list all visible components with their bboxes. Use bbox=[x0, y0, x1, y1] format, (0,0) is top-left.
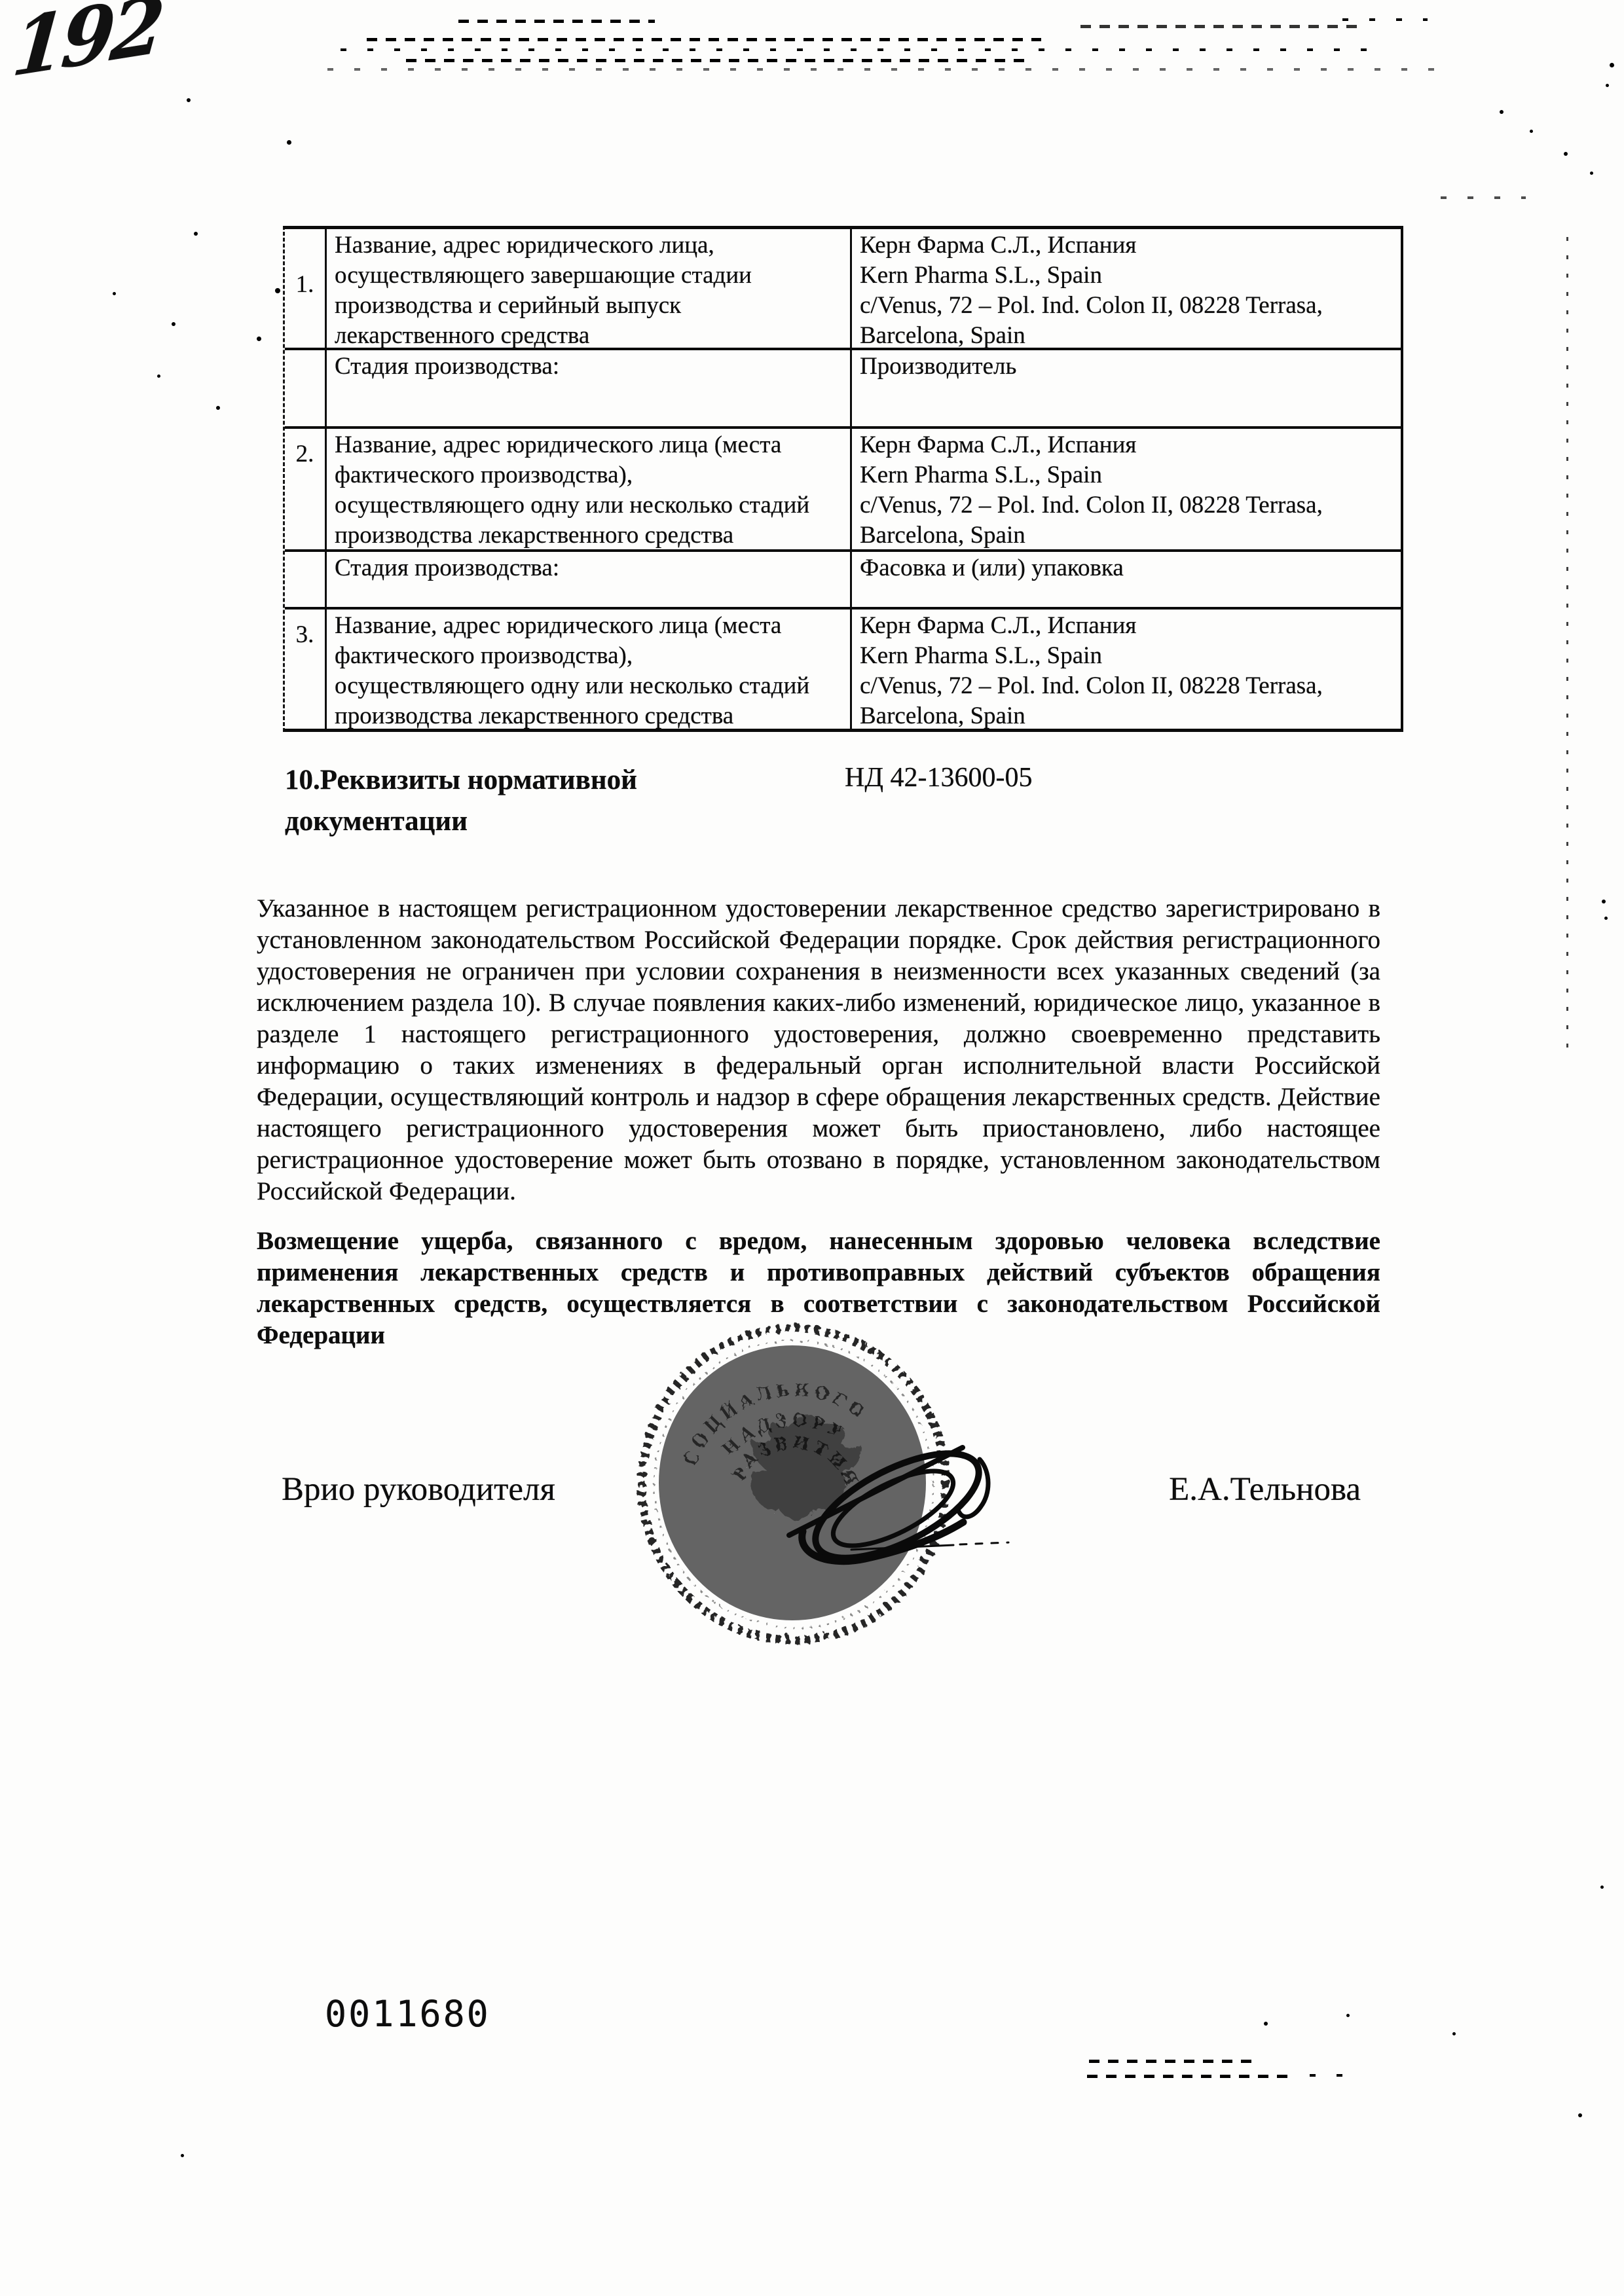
scan-noise-speck bbox=[157, 374, 160, 378]
attribute-label-cell: Название, адрес юридического лица, осуще… bbox=[327, 229, 852, 350]
scan-noise-line bbox=[406, 59, 1028, 62]
certificate-body-text: Указанное в настоящем регистрационном уд… bbox=[257, 893, 1380, 1351]
value-cell: Керн Фарма С.Л., Испания Kern Pharma S.L… bbox=[852, 229, 1401, 350]
handwritten-page-number: 192 bbox=[9, 0, 164, 95]
row-number-cell: 2. bbox=[285, 429, 327, 552]
registration-terms-paragraph: Указанное в настоящем регистрационном уд… bbox=[257, 893, 1380, 1207]
scan-noise-speck bbox=[1600, 1886, 1604, 1889]
scan-noise-dotted-column bbox=[1566, 223, 1568, 1048]
signer-name: Е.А.Тельнова bbox=[1169, 1470, 1361, 1508]
official-stamp: СОЦИАЛЬНОГО НАДЗОРУ РАЗВИТИЯ bbox=[616, 1319, 1061, 1673]
section-10-title: 10.Реквизиты нормативной документации bbox=[285, 759, 704, 842]
scan-noise-speck bbox=[1606, 84, 1609, 87]
scan-noise-speck bbox=[181, 2154, 184, 2157]
value-cell: Керн Фарма С.Л., Испания Kern Pharma S.L… bbox=[852, 610, 1401, 729]
normative-doc-number: НД 42-13600-05 bbox=[845, 762, 1032, 793]
scan-noise-speck bbox=[216, 406, 220, 410]
row-number-cell bbox=[285, 552, 327, 610]
row-number-cell bbox=[285, 350, 327, 429]
scan-noise-speck bbox=[1610, 63, 1614, 67]
attribute-label-cell: Стадия производства: bbox=[327, 552, 852, 610]
manufacturers-table: 1. Название, адрес юридического лица, ос… bbox=[283, 226, 1403, 732]
value-cell: Керн Фарма С.Л., Испания Kern Pharma S.L… bbox=[852, 429, 1401, 552]
certificate-serial-number: 0011680 bbox=[325, 1993, 490, 2035]
scan-noise-speck bbox=[172, 322, 175, 326]
scan-noise-line bbox=[458, 20, 655, 23]
scan-noise-line bbox=[1080, 25, 1362, 28]
scan-noise-speck bbox=[257, 337, 261, 341]
scan-noise-line bbox=[1310, 2074, 1356, 2077]
scan-noise-speck bbox=[1578, 2113, 1582, 2117]
scanned-certificate-page: { "page": { "handwritten_number": "192",… bbox=[0, 0, 1624, 2296]
scan-noise-speck bbox=[1500, 110, 1504, 114]
signer-position-label: Врио руководителя bbox=[282, 1470, 555, 1508]
attribute-label-cell: Стадия производства: bbox=[327, 350, 852, 429]
scan-noise-speck bbox=[1264, 2022, 1268, 2026]
row-number-cell: 3. bbox=[285, 610, 327, 729]
attribute-label-cell: Название, адрес юридического лица (места… bbox=[327, 429, 852, 552]
scan-noise-line bbox=[1342, 18, 1428, 21]
scan-noise-speck bbox=[287, 140, 291, 145]
scan-noise-line bbox=[341, 48, 1369, 51]
scan-noise-speck bbox=[194, 232, 198, 236]
scan-noise-line bbox=[367, 38, 1041, 41]
row-number-cell: 1. bbox=[285, 229, 327, 350]
scan-noise-speck bbox=[187, 98, 191, 102]
scan-noise-speck bbox=[1590, 172, 1593, 175]
scan-noise-line bbox=[1089, 2060, 1253, 2063]
scan-noise-line bbox=[327, 68, 1454, 71]
value-cell: Производитель bbox=[852, 350, 1401, 429]
scan-noise-speck bbox=[1602, 900, 1606, 903]
scan-noise-speck bbox=[113, 292, 116, 295]
section-10-requisites: 10.Реквизиты нормативной документации НД… bbox=[285, 759, 1401, 842]
scan-noise-speck bbox=[1346, 2014, 1350, 2017]
scan-noise-speck bbox=[1564, 152, 1568, 156]
scan-noise-line bbox=[1087, 2075, 1290, 2078]
scan-noise-speck bbox=[275, 288, 280, 293]
scan-noise-line bbox=[1441, 196, 1526, 199]
value-cell: Фасовка и (или) упаковка bbox=[852, 552, 1401, 610]
scan-noise-speck bbox=[1530, 130, 1533, 133]
attribute-label-cell: Название, адрес юридического лица (места… bbox=[327, 610, 852, 729]
scan-noise-speck bbox=[1604, 917, 1608, 920]
scan-noise-speck bbox=[1452, 2032, 1456, 2035]
